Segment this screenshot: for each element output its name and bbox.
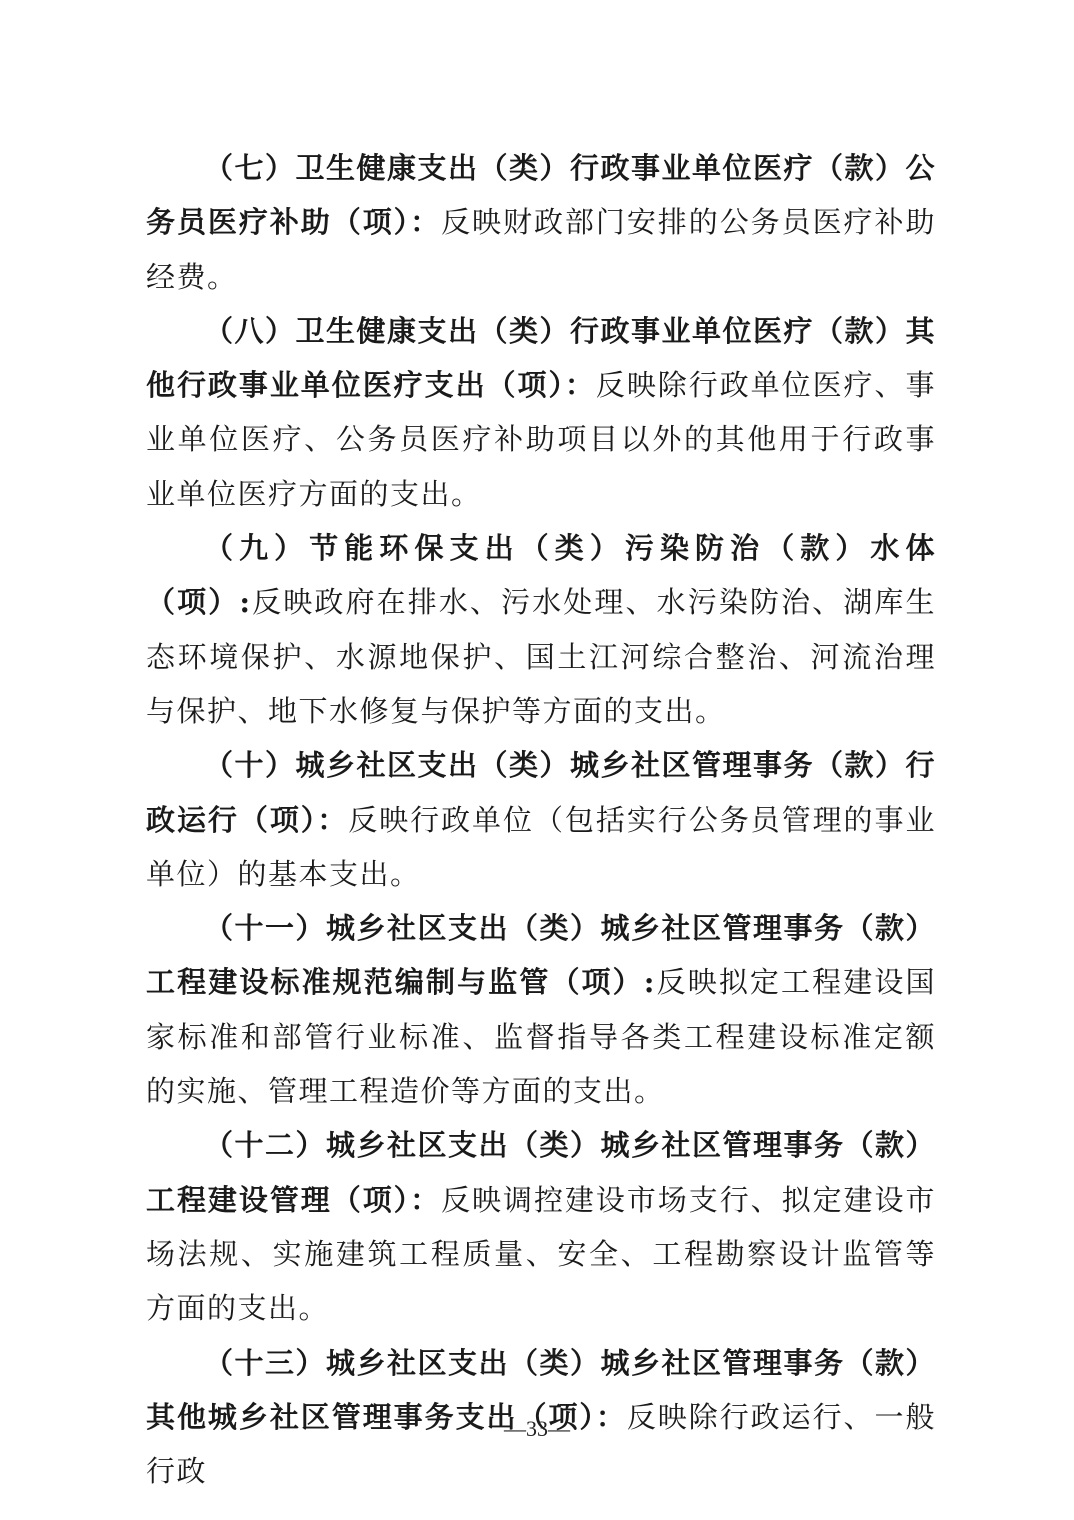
paragraph-10: （十）城乡社区支出（类）城乡社区管理事务（款）行政运行（项）：反映行政单位（包括… <box>146 738 936 901</box>
paragraph-11: （十一）城乡社区支出（类）城乡社区管理事务（款）工程建设标准规范编制与监管（项）… <box>146 901 936 1118</box>
paragraph-12: （十二）城乡社区支出（类）城乡社区管理事务（款）工程建设管理（项）：反映调控建设… <box>146 1118 936 1335</box>
page-number: —33— <box>0 1416 1074 1442</box>
paragraph-text: 反映政府在排水、污水处理、水污染防治、湖库生态环境保护、水源地保护、国土江河综合… <box>146 585 936 728</box>
paragraph-7: （七）卫生健康支出（类）行政事业单位医疗（款）公务员医疗补助（项）：反映财政部门… <box>146 141 936 304</box>
paragraph-9: （九）节能环保支出（类）污染防治（款）水体（项）:反映政府在排水、污水处理、水污… <box>146 521 936 738</box>
document-body: （七）卫生健康支出（类）行政事业单位医疗（款）公务员医疗补助（项）：反映财政部门… <box>146 141 936 1498</box>
paragraph-8: （八）卫生健康支出（类）行政事业单位医疗（款）其他行政事业单位医疗支出（项）：反… <box>146 304 936 521</box>
